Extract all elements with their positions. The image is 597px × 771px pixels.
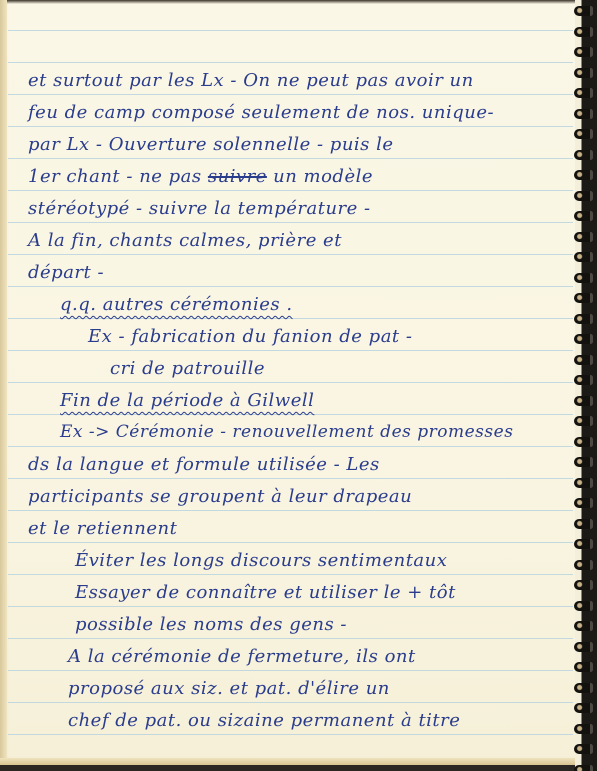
spiral-coil bbox=[574, 621, 593, 631]
ruled-line bbox=[8, 606, 573, 607]
text-line: possible les noms des gens - bbox=[75, 616, 347, 634]
ruled-line bbox=[8, 414, 573, 415]
spiral-coil bbox=[574, 191, 593, 201]
spiral-coil bbox=[574, 580, 593, 590]
text-line: 1er chant - ne pas suivre un modèle bbox=[28, 168, 373, 186]
spiral-coil bbox=[574, 416, 593, 426]
text-fragment: 1er chant - ne pas bbox=[28, 166, 208, 187]
ruled-line bbox=[8, 670, 573, 671]
spiral-coil bbox=[574, 27, 593, 37]
ruled-line bbox=[8, 382, 573, 383]
spiral-coil bbox=[574, 498, 593, 508]
spiral-coil bbox=[574, 642, 593, 652]
spiral-coil bbox=[574, 744, 593, 754]
text-line: et le retiennent bbox=[28, 520, 177, 538]
spiral-coil bbox=[574, 170, 593, 180]
ruled-line bbox=[8, 318, 573, 319]
text-line: Essayer de connaître et utiliser le + tô… bbox=[75, 584, 456, 602]
ruled-line bbox=[8, 286, 573, 287]
spiral-coil bbox=[574, 252, 593, 262]
ruled-line bbox=[8, 638, 573, 639]
spiral-coil bbox=[574, 724, 593, 734]
ruled-line bbox=[8, 446, 573, 447]
ruled-line bbox=[8, 734, 573, 735]
ruled-line bbox=[8, 542, 573, 543]
spiral-coil bbox=[574, 129, 593, 139]
text-line: par Lx - Ouverture solennelle - puis le bbox=[28, 136, 394, 154]
text-line: ds la langue et formule utilisée - Les bbox=[28, 456, 380, 474]
page-top-shadow bbox=[0, 0, 580, 4]
spiral-coil bbox=[574, 47, 593, 57]
ruled-line bbox=[8, 62, 573, 63]
spiral-coil bbox=[574, 6, 593, 16]
text-line: chef de pat. ou sizaine permanent à titr… bbox=[68, 712, 460, 730]
text-fragment: un modèle bbox=[267, 166, 373, 187]
ruled-line bbox=[8, 350, 573, 351]
spiral-coil bbox=[574, 375, 593, 385]
text-line: Ex -> Cérémonie - renouvellement des pro… bbox=[60, 424, 513, 441]
text-line: feu de camp composé seulement de nos. un… bbox=[28, 104, 494, 122]
text-line: A la cérémonie de fermeture, ils ont bbox=[68, 648, 416, 666]
ruled-line bbox=[8, 190, 573, 191]
text-line: Éviter les longs discours sentimentaux bbox=[75, 552, 447, 570]
text-line: et surtout par les Lx - On ne peut pas a… bbox=[28, 72, 474, 90]
spiral-coil bbox=[574, 232, 593, 242]
text-line: participants se groupent à leur drapeau bbox=[28, 488, 412, 506]
ruled-line bbox=[8, 158, 573, 159]
spiral-coil bbox=[574, 703, 593, 713]
spiral-coil bbox=[574, 68, 593, 78]
spiral-coil bbox=[574, 273, 593, 283]
spiral-coil bbox=[574, 314, 593, 324]
spiral-coil bbox=[574, 396, 593, 406]
spiral-coil bbox=[574, 519, 593, 529]
spiral-coil bbox=[574, 88, 593, 98]
spiral-coil bbox=[574, 539, 593, 549]
ruled-line bbox=[8, 574, 573, 575]
text-line: stéréotypé - suivre la température - bbox=[28, 200, 371, 218]
spiral-coil bbox=[574, 355, 593, 365]
spiral-coil bbox=[574, 457, 593, 467]
spiral-coil bbox=[574, 662, 593, 672]
spiral-coil bbox=[574, 765, 593, 771]
notebook-page: et surtout par les Lx - On ne peut pas a… bbox=[0, 0, 580, 765]
text-line: A la fin, chants calmes, prière et bbox=[28, 232, 342, 250]
spiral-coil bbox=[574, 109, 593, 119]
section-heading: Fin de la période à Gilwell bbox=[60, 392, 314, 410]
ruled-line bbox=[8, 510, 573, 511]
spiral-binding bbox=[575, 0, 597, 771]
spiral-coil bbox=[574, 683, 593, 693]
ruled-line bbox=[8, 254, 573, 255]
text-line: départ - bbox=[28, 264, 104, 282]
spiral-coil bbox=[574, 293, 593, 303]
ruled-line bbox=[8, 94, 573, 95]
spiral-coil bbox=[574, 150, 593, 160]
spiral-coil bbox=[574, 601, 593, 611]
ruled-line bbox=[8, 222, 573, 223]
section-heading: q.q. autres cérémonies . bbox=[60, 296, 293, 314]
ruled-line bbox=[8, 30, 573, 31]
ruled-line bbox=[8, 478, 573, 479]
struck-word: suivre bbox=[208, 166, 267, 187]
page-left-edge bbox=[0, 0, 7, 765]
spiral-coil bbox=[574, 478, 593, 488]
page-bottom-edge bbox=[0, 758, 580, 765]
text-line: proposé aux siz. et pat. d'élire un bbox=[68, 680, 390, 698]
spiral-coil bbox=[574, 334, 593, 344]
text-line: Ex - fabrication du fanion de pat - bbox=[88, 328, 412, 346]
spiral-coil bbox=[574, 437, 593, 447]
text-line: cri de patrouille bbox=[110, 360, 265, 378]
ruled-line bbox=[8, 126, 573, 127]
ruled-line bbox=[8, 702, 573, 703]
spiral-coil bbox=[574, 560, 593, 570]
spiral-coil bbox=[574, 211, 593, 221]
